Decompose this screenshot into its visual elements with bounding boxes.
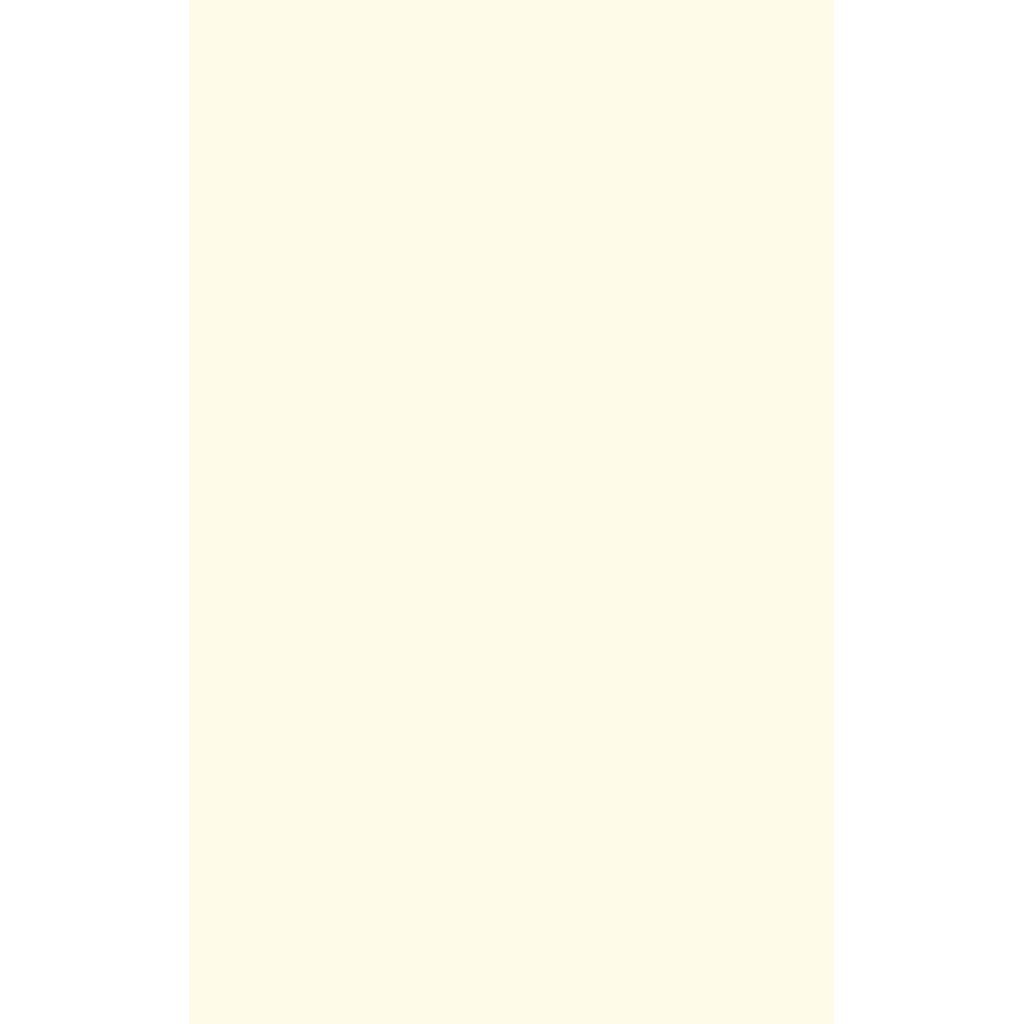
- example-2-statement: [236, 539, 243, 556]
- book-page: [189, 0, 834, 1024]
- example-1-statement: [236, 263, 247, 280]
